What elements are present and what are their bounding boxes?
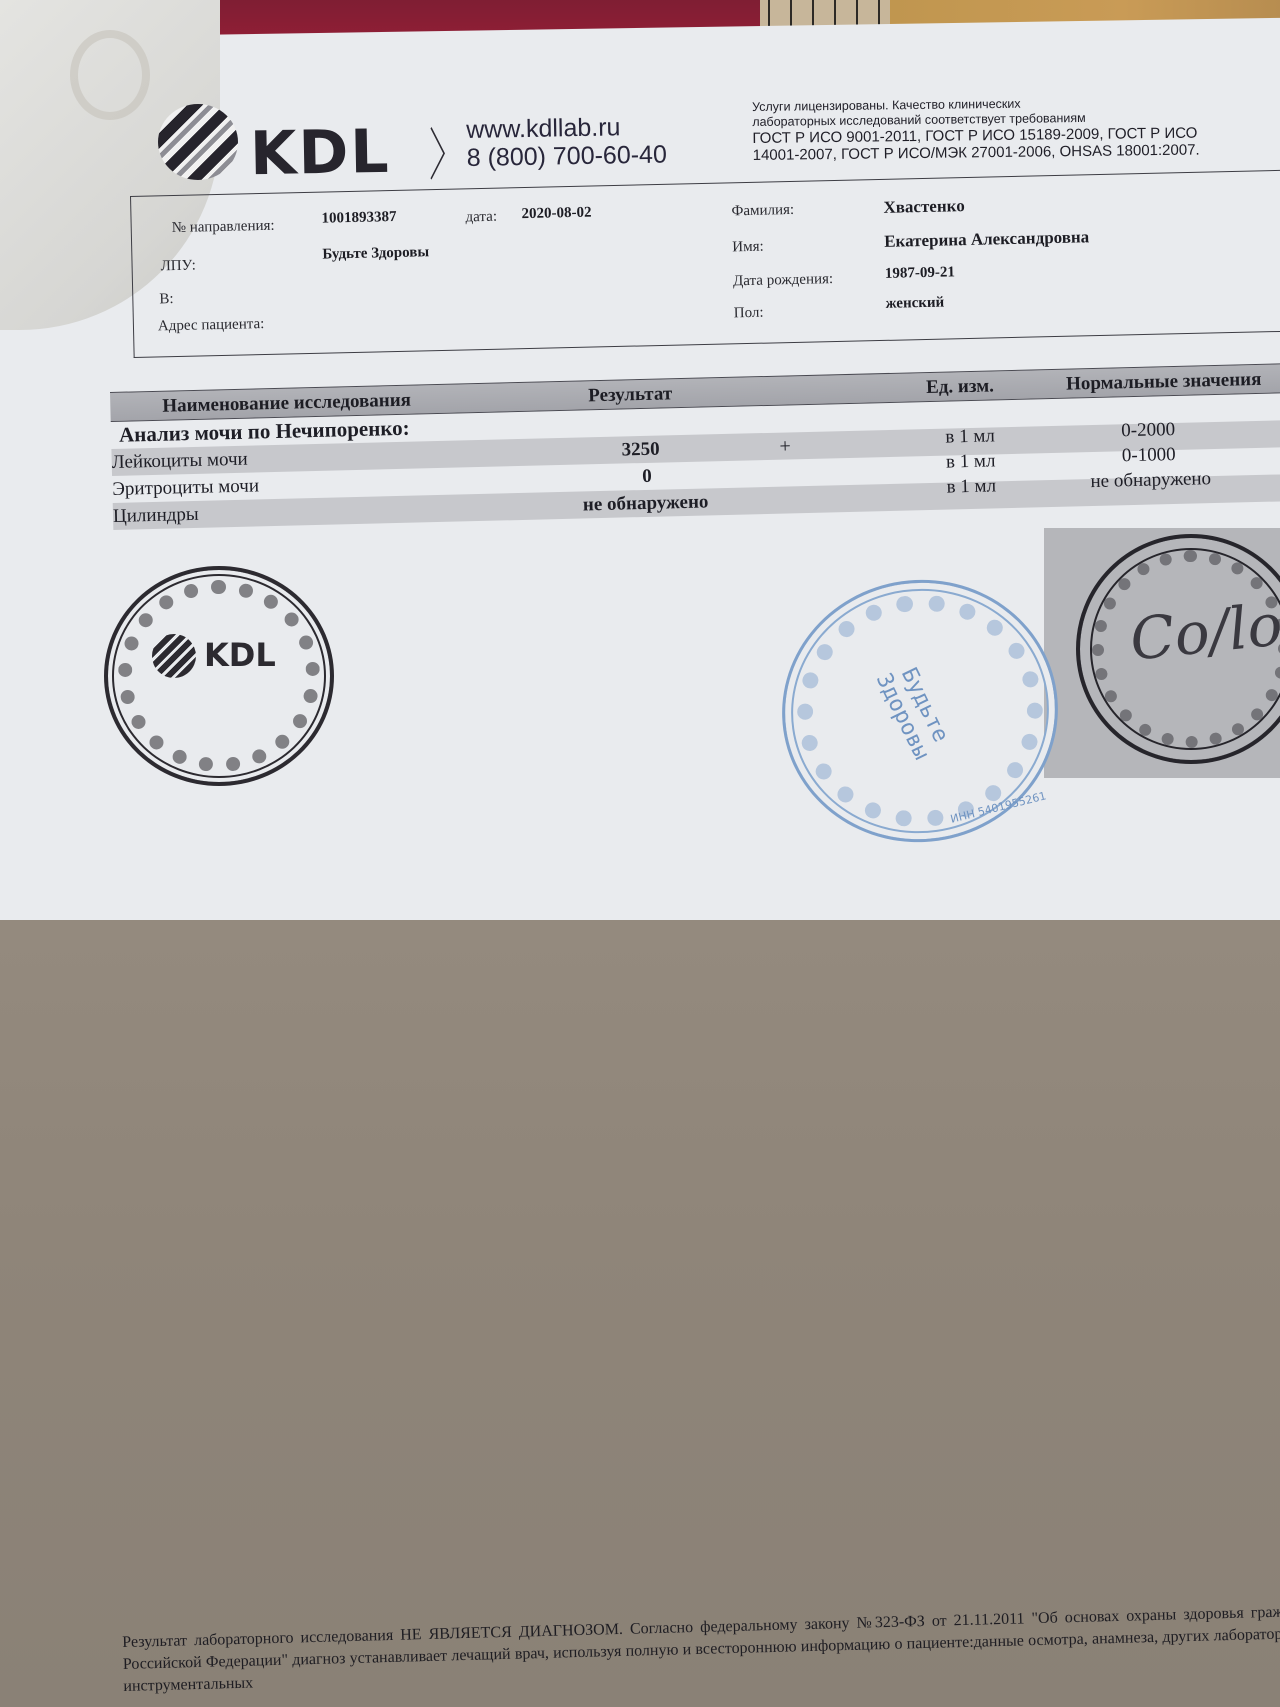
test-normal-range: 0-2000	[1121, 419, 1175, 442]
patient-info-box: № направления: 1001893387 дата: 2020-08-…	[130, 169, 1280, 358]
test-result: 3250	[621, 439, 660, 462]
patient-address-label: Адрес пациента:	[158, 316, 265, 335]
lpu-label: ЛПУ:	[160, 258, 196, 276]
test-name: Лейкоциты мочи	[111, 449, 248, 474]
test-name: Цилиндры	[113, 504, 199, 528]
column-header-result: Результат	[588, 383, 672, 407]
dob-label: Дата рождения:	[733, 271, 833, 290]
lab-stamp: KDL	[104, 566, 334, 786]
sex-label: Пол:	[734, 305, 764, 323]
test-name: Эритроциты мочи	[112, 475, 259, 501]
sex: женский	[885, 295, 944, 313]
column-header-normal-range: Нормальные значения	[1066, 369, 1262, 396]
brand-name: KDL	[249, 117, 391, 189]
test-unit: в 1 мл	[945, 425, 995, 448]
first-and-patronymic-name: Екатерина Александровна	[884, 227, 1089, 252]
column-header-unit: Ед. изм.	[926, 375, 994, 399]
results-table: Наименование исследования Результат Ед. …	[110, 363, 1280, 530]
surname-label: Фамилия:	[731, 202, 794, 220]
clinic-stamp: Будьте Здоровы ИНН 5401955261	[765, 562, 1075, 860]
lpu-value: Будьте Здоровы	[322, 244, 429, 263]
date-label: дата:	[465, 209, 497, 227]
stamp-ring	[118, 580, 320, 772]
test-result: 0	[642, 466, 652, 488]
contacts: www.kdllab.ru 8 (800) 700-60-40	[466, 113, 667, 172]
test-unit: в 1 мл	[946, 475, 996, 498]
website-link[interactable]: www.kdllab.ru	[466, 113, 667, 144]
date-of-birth: 1987-09-21	[885, 264, 955, 283]
name-label: Имя:	[732, 239, 764, 257]
v-label: В:	[159, 291, 174, 308]
test-normal-range: не обнаружено	[1090, 468, 1211, 493]
test-result: не обнаружено	[583, 491, 709, 516]
chevron-right-icon: 〉	[429, 112, 463, 192]
abnormal-flag: +	[779, 435, 791, 458]
column-header-test-name: Наименование исследования	[162, 390, 411, 418]
referral-number: 1001893387	[321, 209, 396, 228]
phone-number: 8 (800) 700-60-40	[466, 141, 667, 172]
license-statement: Услуги лицензированы. Качество клиническ…	[752, 93, 1280, 164]
kdl-globe-logo-icon	[152, 634, 196, 678]
surname: Хвастенко	[883, 196, 965, 218]
referral-number-label: № направления:	[172, 218, 275, 237]
kdl-globe-logo-icon	[158, 104, 238, 180]
stamp-brand: KDL	[204, 636, 276, 674]
test-normal-range: 0-1000	[1122, 444, 1176, 467]
test-unit: в 1 мл	[946, 450, 996, 473]
lab-report: KDL 〉 www.kdllab.ru 8 (800) 700-60-40 Ус…	[0, 0, 1280, 1707]
referral-date: 2020-08-02	[521, 205, 591, 224]
disclaimer-text: Результат лабораторного исследования НЕ …	[122, 1601, 1280, 1698]
